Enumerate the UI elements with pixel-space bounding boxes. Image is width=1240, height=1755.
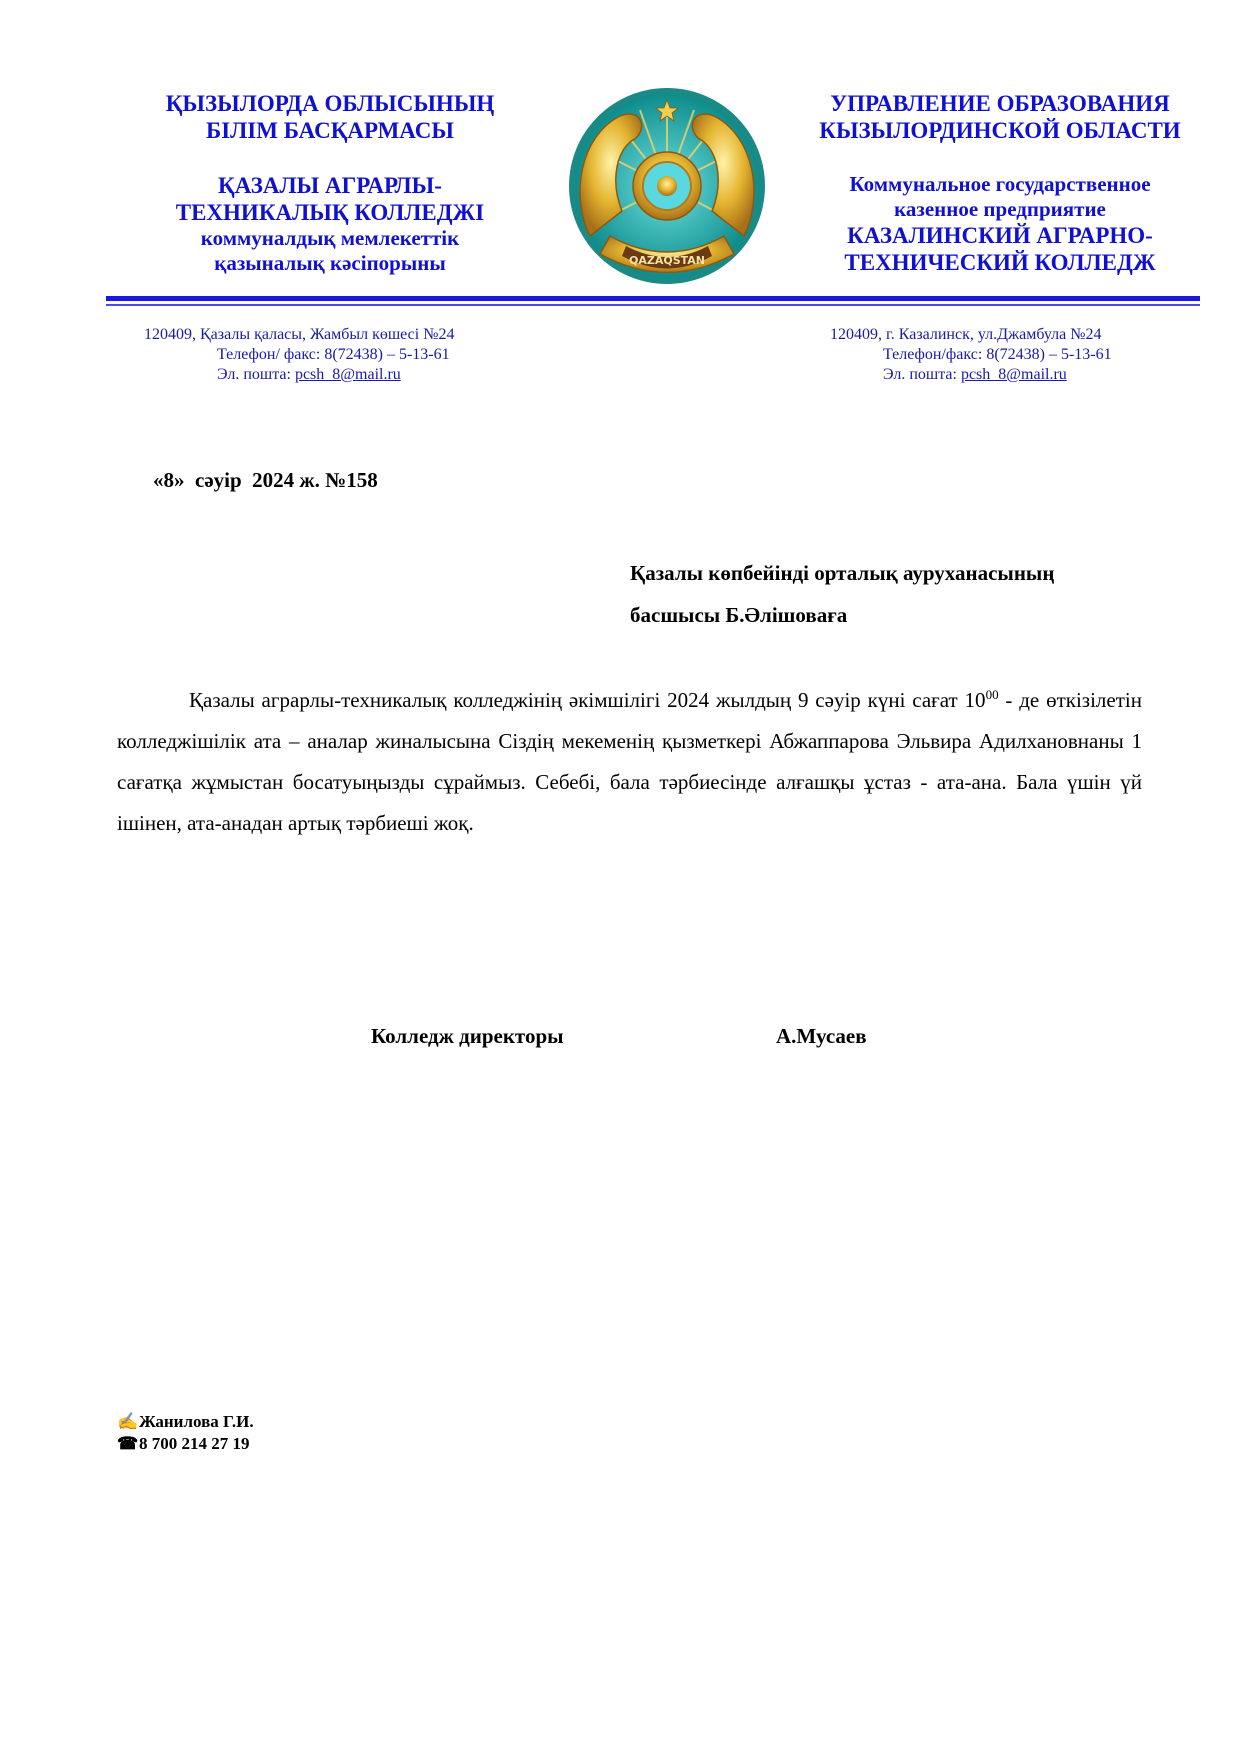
header-divider-thin (106, 304, 1200, 306)
college-name-line1: ҚАЗАЛЫ АГРАРЛЫ- (110, 172, 550, 199)
org-name-line2: КЫЗЫЛОРДИНСКОЙ ОБЛАСТИ (775, 117, 1225, 144)
enterprise-type-line2: казенное предприятие (775, 197, 1225, 222)
executor-line: ✍Жанилова Г.И. (117, 1411, 254, 1433)
header-divider-thick (106, 296, 1200, 301)
letter-date-number: «8» сәуір 2024 ж. №158 (153, 468, 378, 493)
recipient-block: Қазалы көпбейінді орталық ауруханасының … (630, 552, 1150, 636)
enterprise-type-line1: Коммунальное государственное (775, 172, 1225, 197)
email-link[interactable]: pcsh_8@mail.ru (295, 366, 401, 383)
postal-address: 120409, Қазалы қаласы, Жамбыл көшесі №24 (144, 325, 564, 345)
enterprise-type-line1: коммуналдық мемлекеттік (110, 226, 550, 251)
org-name-line1: ҚЫЗЫЛОРДА ОБЛЫСЫНЫҢ (110, 90, 550, 117)
header-russian: УПРАВЛЕНИЕ ОБРАЗОВАНИЯ КЫЗЫЛОРДИНСКОЙ ОБ… (775, 90, 1225, 276)
phone-fax: Телефон/ факс: 8(72438) – 5-13-61 (144, 345, 564, 365)
college-name-line2: ТЕХНИЧЕСКИЙ КОЛЛЕДЖ (775, 249, 1225, 276)
header-kazakh: ҚЫЗЫЛОРДА ОБЛЫСЫНЫҢ БІЛІМ БАСҚАРМАСЫ ҚАЗ… (110, 90, 550, 276)
address-block-kazakh: 120409, Қазалы қаласы, Жамбыл көшесі №24… (144, 325, 564, 385)
signature-title: Колледж директоры (371, 1024, 564, 1049)
org-name-line2: БІЛІМ БАСҚАРМАСЫ (110, 117, 550, 144)
email-link[interactable]: pcsh_8@mail.ru (961, 366, 1067, 383)
telephone-icon: ☎ (117, 1433, 139, 1455)
recipient-line2: басшысы Б.Әлішоваға (630, 594, 1150, 636)
email-line: Эл. пошта: pcsh_8@mail.ru (144, 365, 564, 385)
org-name-line1: УПРАВЛЕНИЕ ОБРАЗОВАНИЯ (775, 90, 1225, 117)
email-line: Эл. пошта: pcsh_8@mail.ru (830, 365, 1190, 385)
signature-name: А.Мусаев (776, 1024, 867, 1049)
svg-text:QAZAQSTAN: QAZAQSTAN (629, 254, 705, 267)
college-name-line1: КАЗАЛИНСКИЙ АГРАРНО- (775, 222, 1225, 249)
executor-name: Жанилова Г.И. (139, 1412, 254, 1431)
enterprise-type-line2: қазыналық кәсіпорыны (110, 251, 550, 276)
writing-hand-icon: ✍ (117, 1411, 139, 1433)
address-block-russian: 120409, г. Казалинск, ул.Джамбула №24 Те… (830, 325, 1190, 385)
executor-phone: 8 700 214 27 19 (139, 1434, 250, 1453)
phone-line: ☎8 700 214 27 19 (117, 1433, 254, 1455)
postal-address: 120409, г. Казалинск, ул.Джамбула №24 (830, 325, 1190, 345)
executor-contact: ✍Жанилова Г.И. ☎8 700 214 27 19 (117, 1411, 254, 1455)
college-name-line2: ТЕХНИКАЛЫҚ КОЛЛЕДЖІ (110, 199, 550, 226)
letter-body: Қазалы аграрлы-техникалық колледжінің әк… (117, 674, 1142, 844)
recipient-line1: Қазалы көпбейінді орталық ауруханасының (630, 552, 1150, 594)
phone-fax: Телефон/факс: 8(72438) – 5-13-61 (830, 345, 1190, 365)
state-emblem-icon: QAZAQSTAN (560, 86, 775, 298)
